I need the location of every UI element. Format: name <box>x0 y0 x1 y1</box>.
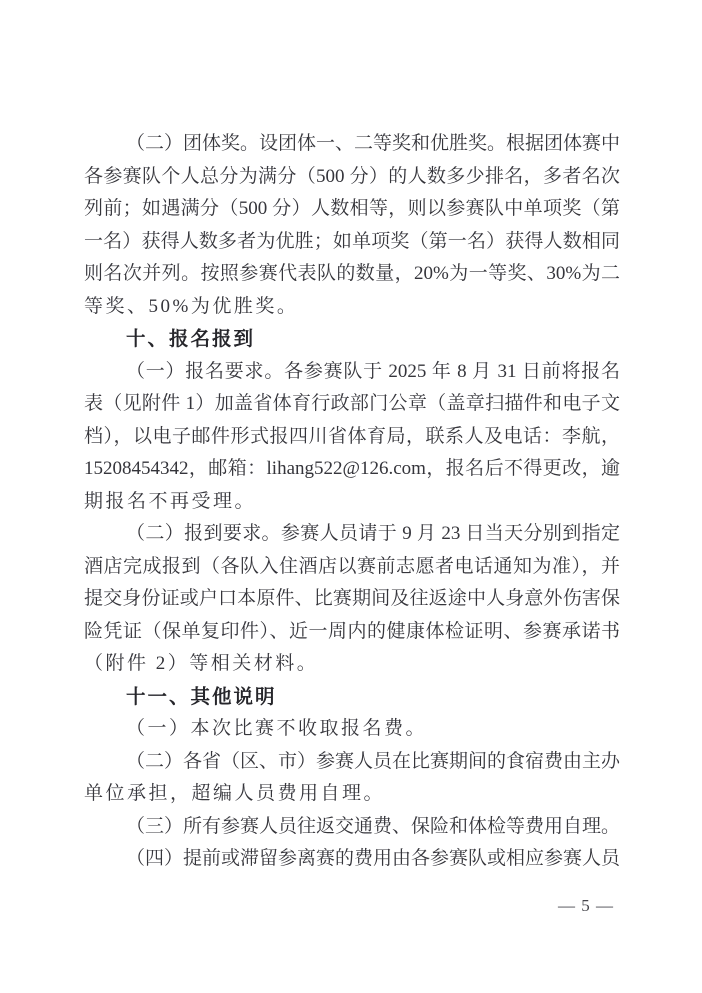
text-line: 一名）获得人数多者为优胜；如单项奖（第一名）获得人数相同 <box>84 226 620 259</box>
text-line: （二）各省（区、市）参赛人员在比赛期间的食宿费由主办 <box>84 746 620 779</box>
document-body: （二）团体奖。设团体一、二等奖和优胜奖。根据团体赛中 各参赛队个人总分为满分（5… <box>84 128 620 876</box>
section-heading-registration: 十、报名报到 <box>84 323 620 356</box>
text-line: 酒店完成报到（各队入住酒店以赛前志愿者电话通知为准），并 <box>84 551 620 584</box>
text-line: 各参赛队个人总分为满分（500 分）的人数多少排名，多者名次 <box>84 161 620 194</box>
text-line: 等奖、50%为优胜奖。 <box>84 291 620 324</box>
text-line: 档），以电子邮件形式报四川省体育局，联系人及电话：李航， <box>84 421 620 454</box>
section-heading-other-notes: 十一、其他说明 <box>84 681 620 714</box>
page-number: — 5 — <box>558 894 614 918</box>
text-line: （二）报到要求。参赛人员请于 9 月 23 日当天分别到指定 <box>84 518 620 551</box>
text-line: 单位承担，超编人员费用自理。 <box>84 778 620 811</box>
text-line: （三）所有参赛人员往返交通费、保险和体检等费用自理。 <box>84 811 620 844</box>
text-line-email: 15208454342，邮箱：lihang522@126.com，报名后不得更改… <box>84 453 620 486</box>
text-line: 提交身份证或户口本原件、比赛期间及往返途中人身意外伤害保 <box>84 583 620 616</box>
text-line: 则名次并列。按照参赛代表队的数量，20%为一等奖、30%为二 <box>84 258 620 291</box>
text-line: 险凭证（保单复印件）、近一周内的健康体检证明、参赛承诺书 <box>84 616 620 649</box>
text-line: （四）提前或滞留参离赛的费用由各参赛队或相应参赛人员 <box>84 843 620 876</box>
text-line: 表（见附件 1）加盖省体育行政部门公章（盖章扫描件和电子文 <box>84 388 620 421</box>
text-line: （附件 2）等相关材料。 <box>84 648 620 681</box>
text-line: （二）团体奖。设团体一、二等奖和优胜奖。根据团体赛中 <box>84 128 620 161</box>
text-line: 列前；如遇满分（500 分）人数相等，则以参赛队中单项奖（第 <box>84 193 620 226</box>
text-line: 期报名不再受理。 <box>84 486 620 519</box>
text-line: （一）报名要求。各参赛队于 2025 年 8 月 31 日前将报名 <box>84 356 620 389</box>
document-page: （二）团体奖。设团体一、二等奖和优胜奖。根据团体赛中 各参赛队个人总分为满分（5… <box>0 0 702 993</box>
text-line: （一）本次比赛不收取报名费。 <box>84 713 620 746</box>
